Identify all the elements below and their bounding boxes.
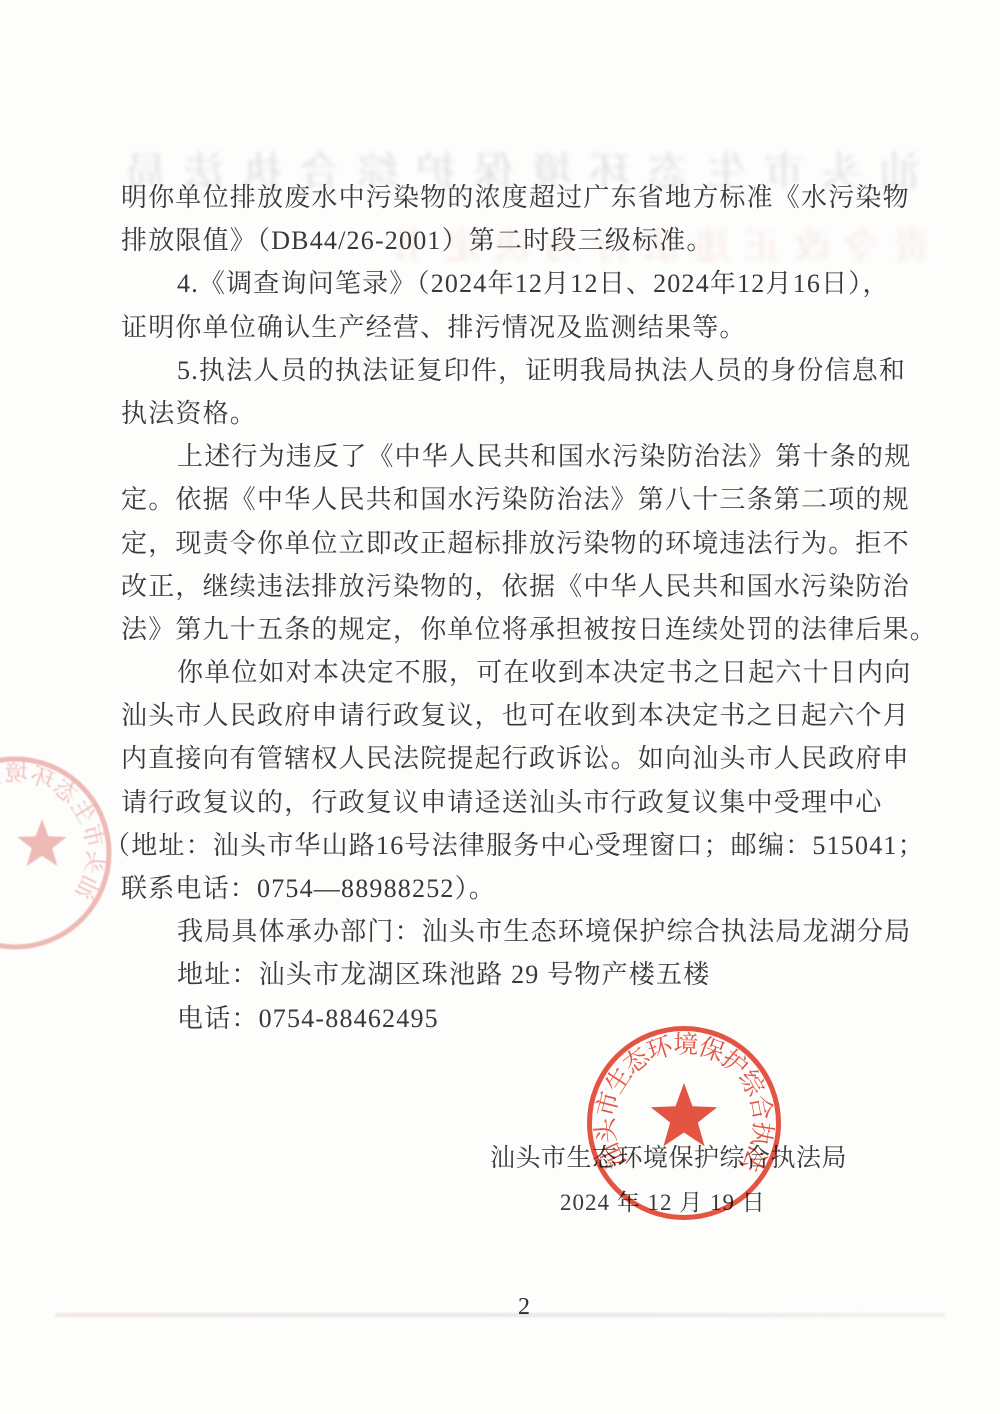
body-text-line: 执法资格。	[121, 392, 921, 435]
body-text-line: 内直接向有管辖权人民法院提起行政诉讼。如向汕头市人民政府申	[121, 737, 921, 780]
body-text-line: 证明你单位确认生产经营、排污情况及监测结果等。	[121, 306, 921, 349]
body-text-line: 5.执法人员的执法证复印件，证明我局执法人员的身份信息和	[121, 349, 921, 392]
body-text-line: 排放限值》（DB44/26-2001）第二时段三级标准。	[121, 219, 921, 262]
official-seal-stamp: 汕头市生态环境保护综合执法局	[574, 1013, 794, 1233]
body-text-line: 改正，继续违法排放污染物的，依据《中华人民共和国水污染防治	[121, 565, 921, 608]
page-number: 2	[0, 1294, 1000, 1321]
seal-ring-text: 汕头市生态环境保护综合执法局	[574, 1013, 777, 1177]
body-text-line: 汕头市人民政府申请行政复议，也可在收到本决定书之日起六个月	[121, 694, 921, 737]
seal-star-icon	[17, 819, 66, 866]
seal-star-icon	[651, 1083, 718, 1146]
body-text-line: 法》第九十五条的规定，你单位将承担被按日连续处罚的法律后果。	[121, 608, 921, 651]
body-text-line: 4.《调查询问笔录》（2024年12月12日、2024年12月16日），	[121, 262, 921, 305]
document-body: 明你单位排放废水中污染物的浓度超过广东省地方标准《水污染物 排放限值》（DB44…	[121, 176, 921, 1040]
body-text-line: 你单位如对本决定不服，可在收到本决定书之日起六十日内向	[121, 651, 921, 694]
body-text-line: （地址：汕头市华山路16号法律服务中心受理窗口；邮编：515041；	[104, 824, 921, 867]
body-text-line: 联系电话：0754—88988252）。	[121, 867, 921, 910]
body-text-line: 上述行为违反了《中华人民共和国水污染防治法》第十条的规	[121, 435, 921, 478]
body-text-line: 请行政复议的，行政复议申请迳送汕头市行政复议集中受理中心	[121, 781, 921, 824]
body-text-line: 地址：汕头市龙湖区珠池路 29 号物产楼五楼	[121, 953, 921, 996]
body-text-line: 我局具体承办部门：汕头市生态环境保护综合执法局龙湖分局	[121, 910, 921, 953]
body-text-line: 明你单位排放废水中污染物的浓度超过广东省地方标准《水污染物	[121, 176, 921, 219]
scanned-document-page: 汕头市生态环境保护综合执法局 责令改正违法行为决定书 明你单位排放废水中污染物的…	[0, 0, 1000, 1414]
body-text-line: 定。依据《中华人民共和国水污染防治法》第八十三条第二项的规	[121, 478, 921, 521]
body-text-line: 定，现责令你单位立即改正超标排放污染物的环境违法行为。拒不	[121, 522, 921, 565]
body-text-line: 电话：0754-88462495	[121, 997, 921, 1040]
bleed-through-seal-stamp: 汕头市生态环境保护综合执法局	[0, 750, 120, 960]
svg-text:汕头市生态环境保护综合执法局: 汕头市生态环境保护综合执法局	[574, 1013, 777, 1177]
